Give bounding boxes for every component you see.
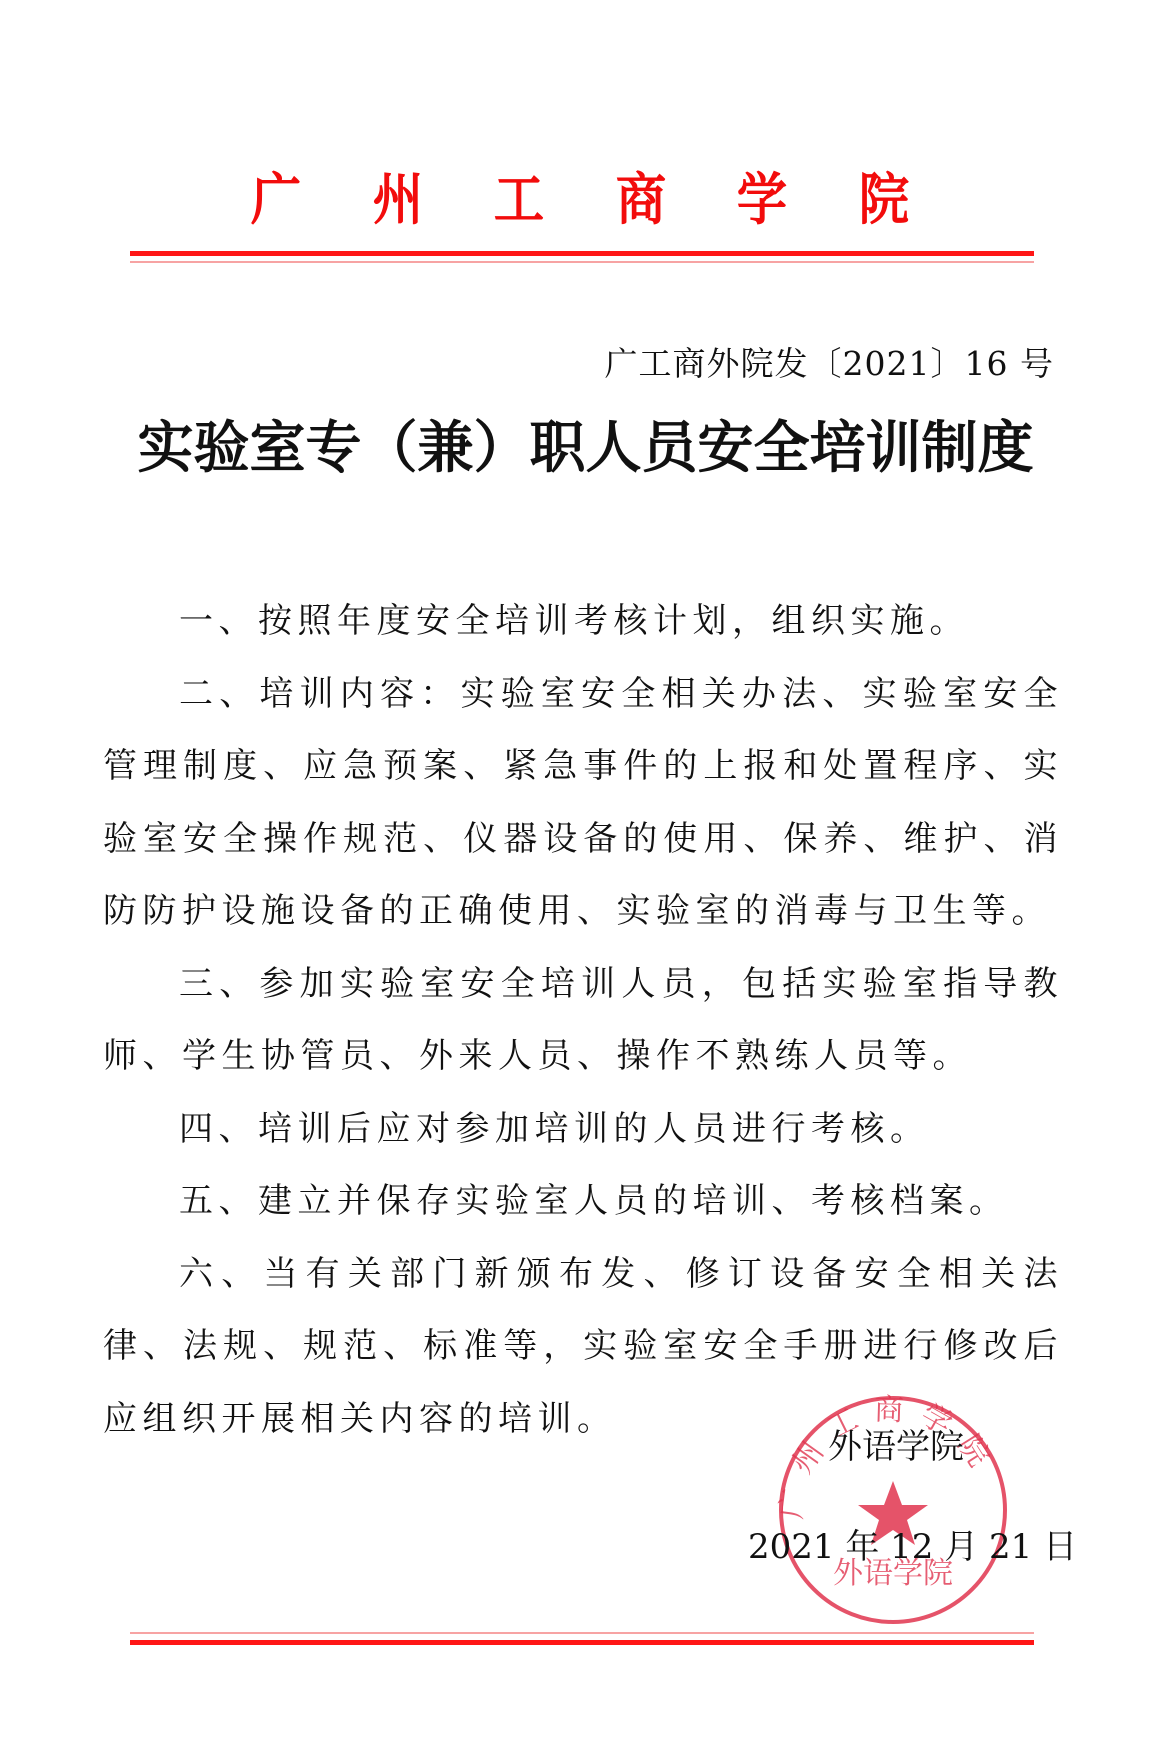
institution-header: 广 州 工 商 学 院 xyxy=(130,168,1030,232)
footer-rule-thick xyxy=(130,1640,1034,1645)
signature-date: 2021 年 12 月 21 日 xyxy=(748,1525,1077,1569)
paragraph: 四、培训后应对参加培训的人员进行考核。 xyxy=(103,1093,1063,1166)
header-char: 工 xyxy=(494,168,544,232)
paragraph: 三、参加实验室安全培训人员，包括实验室指导教师、学生协管员、外来人员、操作不熟练… xyxy=(103,948,1063,1093)
paragraph: 一、按照年度安全培训考核计划，组织实施。 xyxy=(103,585,1063,658)
document-body: 一、按照年度安全培训考核计划，组织实施。 二、培训内容：实验室安全相关办法、实验… xyxy=(103,585,1063,1455)
header-char: 院 xyxy=(859,168,909,232)
footer-rule-thin xyxy=(130,1632,1034,1634)
signature-department: 外语学院 xyxy=(828,1425,964,1469)
paragraph: 二、培训内容：实验室安全相关办法、实验室安全管理制度、应急预案、紧急事件的上报和… xyxy=(103,658,1063,948)
header-char: 学 xyxy=(737,168,787,232)
header-rule-thick xyxy=(130,251,1034,256)
header-char: 州 xyxy=(372,168,422,232)
header-rule-thin xyxy=(130,261,1034,263)
paragraph: 五、建立并保存实验室人员的培训、考核档案。 xyxy=(103,1165,1063,1238)
header-char: 广 xyxy=(251,168,301,232)
document-title: 实验室专（兼）职人员安全培训制度 xyxy=(0,418,1171,478)
header-char: 商 xyxy=(616,168,666,232)
document-number: 广工商外院发〔2021〕16 号 xyxy=(605,344,1054,384)
